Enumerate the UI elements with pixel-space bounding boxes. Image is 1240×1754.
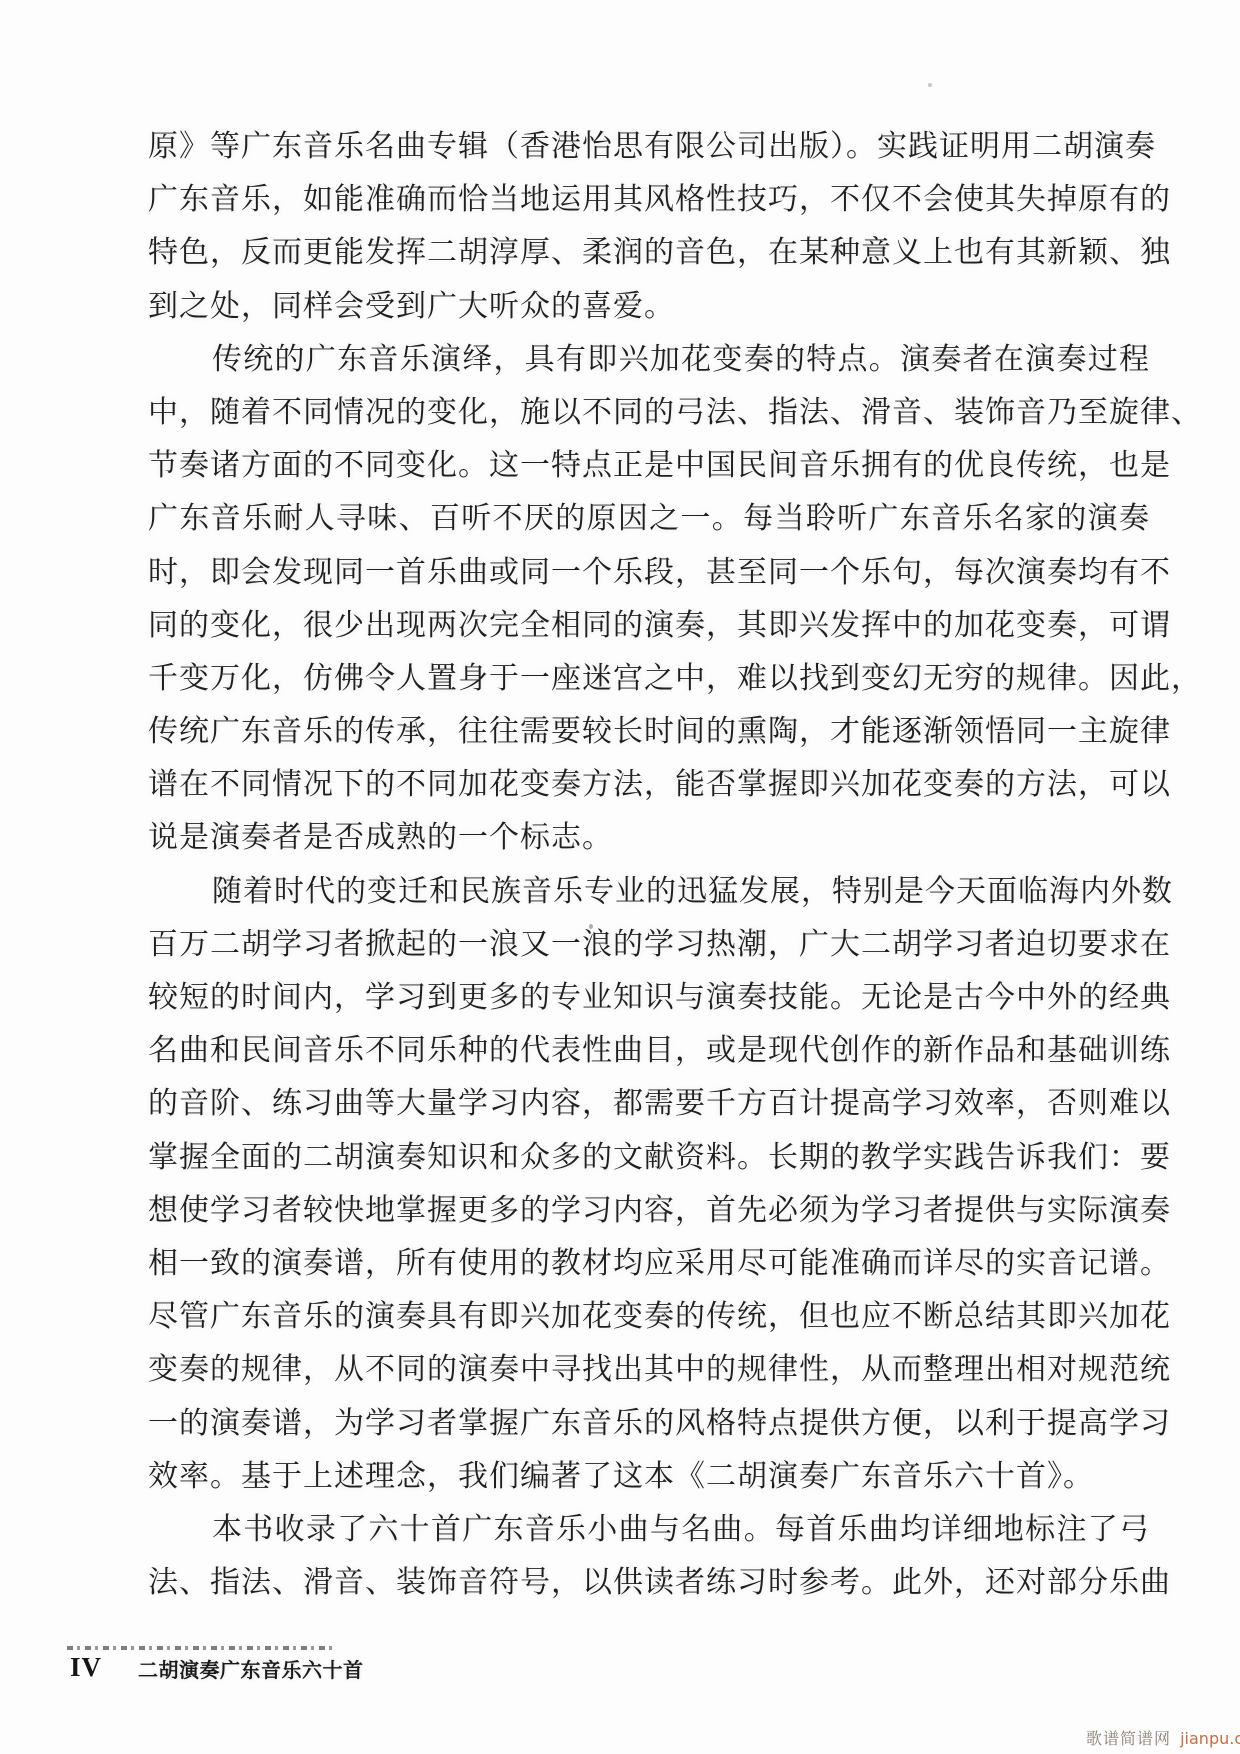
text-line: 较短的时间内，学习到更多的专业知识与演奏技能。无论是古今中外的经典 [148, 971, 1150, 1024]
watermark-site-url: jianpu.cn [1180, 1729, 1240, 1748]
text-line: 时，即会发现同一首乐曲或同一个乐段，甚至同一个乐句，每次演奏均有不 [148, 546, 1150, 599]
text-line: 传统的广东音乐演绎，具有即兴加花变奏的特点。演奏者在演奏过程 [148, 333, 1150, 386]
text-line: 谱在不同情况下的不同加花变奏方法，能否掌握即兴加花变奏的方法，可以 [148, 758, 1150, 811]
text-line: 掌握全面的二胡演奏知识和众多的文献资料。长期的教学实践告诉我们：要 [148, 1131, 1150, 1184]
text-line: 广东音乐耐人寻味、百听不厌的原因之一。每当聆听广东音乐名家的演奏 [148, 492, 1150, 545]
watermark-site-name: 歌谱简谱网 [1086, 1729, 1171, 1748]
text-line: 的音阶、练习曲等大量学习内容，都需要千方百计提高学习效率，否则难以 [148, 1077, 1150, 1130]
text-line: 名曲和民间音乐不同乐种的代表性曲目，或是现代创作的新作品和基础训练 [148, 1024, 1150, 1077]
text-line: 节奏诸方面的不同变化。这一特点正是中国民间音乐拥有的优良传统，也是 [148, 439, 1150, 492]
scan-speck [589, 924, 593, 929]
preface-body-text: 原》等广东音乐名曲专辑（香港怡思有限公司出版）。实践证明用二胡演奏 广东音乐，如… [148, 120, 1150, 1609]
text-line: 同的变化，很少出现两次完全相同的演奏，其即兴发挥中的加花变奏，可谓 [148, 599, 1150, 652]
text-line: 中，随着不同情况的变化，施以不同的弓法、指法、滑音、装饰音乃至旋律、 [148, 386, 1150, 439]
text-line: 一的演奏谱，为学习者掌握广东音乐的风格特点提供方便，以利于提高学习 [148, 1397, 1150, 1450]
text-line: 传统广东音乐的传承，往往需要较长时间的熏陶，才能逐渐领悟同一主旋律 [148, 705, 1150, 758]
text-line: 百万二胡学习者掀起的一浪又一浪的学习热潮，广大二胡学习者迫切要求在 [148, 918, 1150, 971]
footer-dashed-rule [67, 1646, 335, 1650]
text-line: 说是演奏者是否成熟的一个标志。 [148, 811, 1150, 864]
text-line: 法、指法、滑音、装饰音符号，以供读者练习时参考。此外，还对部分乐曲 [148, 1556, 1150, 1609]
text-line: 特色，反而更能发挥二胡淳厚、柔润的音色，在某种意义上也有其新颖、独 [148, 226, 1150, 279]
text-line: 广东音乐，如能准确而恰当地运用其风格性技巧，不仅不会使其失掉原有的 [148, 173, 1150, 226]
text-line: 千变万化，仿佛令人置身于一座迷宫之中，难以找到变幻无穷的规律。因此， [148, 652, 1150, 705]
scan-speck [928, 83, 932, 87]
text-line: 效率。基于上述理念，我们编著了这本《二胡演奏广东音乐六十首》。 [148, 1450, 1150, 1503]
text-line: 到之处，同样会受到广大听众的喜爱。 [148, 280, 1150, 333]
text-line: 本书收录了六十首广东音乐小曲与名曲。每首乐曲均详细地标注了弓 [148, 1503, 1150, 1556]
text-line: 变奏的规律，从不同的演奏中寻找出其中的规律性，从而整理出相对规范统 [148, 1343, 1150, 1396]
text-line: 随着时代的变迁和民族音乐专业的迅猛发展，特别是今天面临海内外数 [148, 865, 1150, 918]
text-line: 想使学习者较快地掌握更多的学习内容，首先必须为学习者提供与实际演奏 [148, 1184, 1150, 1237]
text-line: 原》等广东音乐名曲专辑（香港怡思有限公司出版）。实践证明用二胡演奏 [148, 120, 1150, 173]
text-line: 尽管广东音乐的演奏具有即兴加花变奏的传统，但也应不断总结其即兴加花 [148, 1290, 1150, 1343]
watermark: 歌谱简谱网 jianpu.cn [1086, 1726, 1240, 1749]
page-number: IV [70, 1652, 102, 1683]
footer-book-title: 二胡演奏广东音乐六十首 [138, 1654, 338, 1683]
scanned-book-page: 原》等广东音乐名曲专辑（香港怡思有限公司出版）。实践证明用二胡演奏 广东音乐，如… [0, 0, 1240, 1754]
text-line: 相一致的演奏谱，所有使用的教材均应采用尽可能准确而详尽的实音记谱。 [148, 1237, 1150, 1290]
